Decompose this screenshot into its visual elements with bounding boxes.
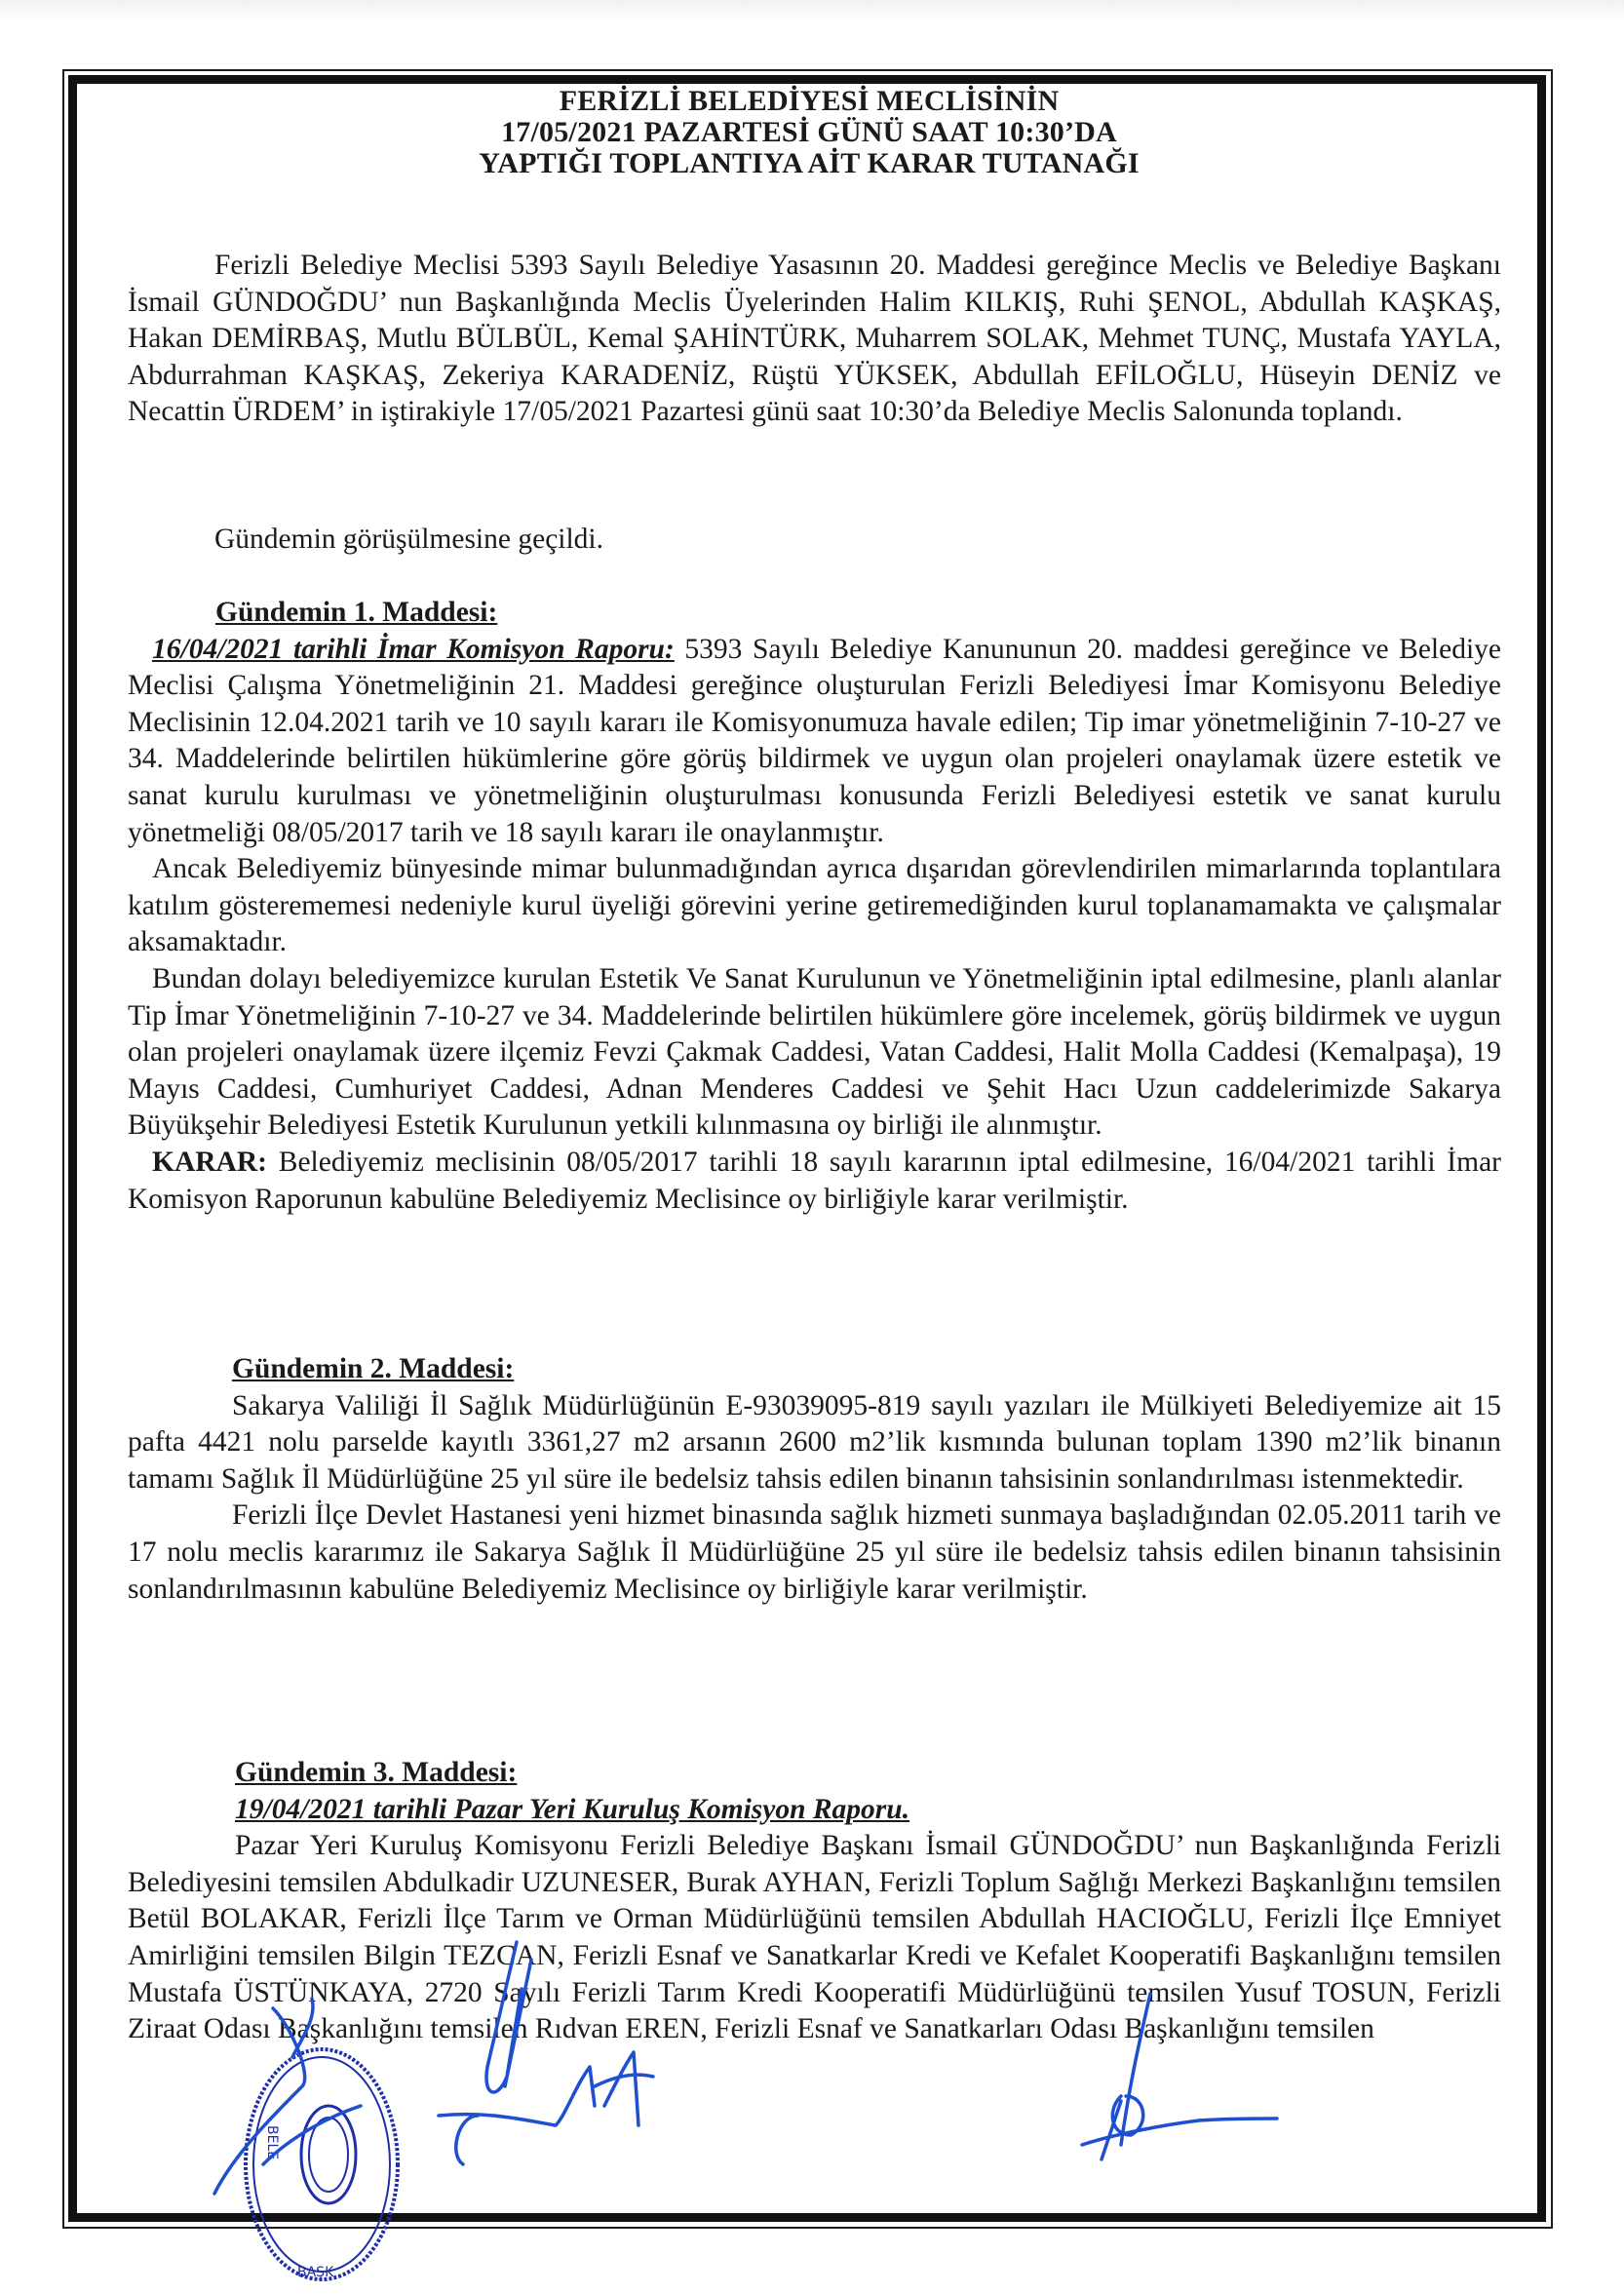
item-3-heading: Gündemin 3. Maddesi: <box>235 1755 517 1792</box>
item-1-subheading: 16/04/2021 tarihli İmar Komisyon Raporu: <box>152 634 675 665</box>
intro-paragraph: Ferizli Belediye Meclisi 5393 Sayılı Bel… <box>128 248 1501 431</box>
item-1-decision: KARAR: Belediyemiz meclisinin 08/05/2017… <box>128 1145 1501 1218</box>
title-line-3: YAPTIĞI TOPLANTIYA AİT KARAR TUTANAĞI <box>117 148 1501 179</box>
agenda-start-section: Gündemin görüşülmesine geçildi. <box>128 522 1501 559</box>
agenda-item-2: Gündemin 2. Maddesi: Sakarya Valiliği İl… <box>128 1351 1501 1608</box>
svg-text:BAŞK: BAŞK <box>297 2265 334 2280</box>
item-1-paragraph-2: Ancak Belediyemiz bünyesinde mimar bulun… <box>128 851 1501 961</box>
item-2-paragraph-1: Sakarya Valiliği İl Sağlık Müdürlüğünün … <box>128 1388 1501 1498</box>
scan-edge <box>0 0 1624 21</box>
decision-text: Belediyemiz meclisinin 08/05/2017 tarihl… <box>128 1147 1501 1215</box>
agenda-start-text: Gündemin görüşülmesine geçildi. <box>128 522 1501 559</box>
item-2-paragraph-2: Ferizli İlçe Devlet Hastanesi yeni hizme… <box>128 1497 1501 1608</box>
item-2-heading: Gündemin 2. Maddesi: <box>232 1351 514 1388</box>
intro-section: Ferizli Belediye Meclisi 5393 Sayılı Bel… <box>128 248 1501 431</box>
title-line-2: 17/05/2021 PAZARTESİ GÜNÜ SAAT 10:30’DA <box>117 117 1501 148</box>
decision-label: KARAR: <box>152 1147 267 1178</box>
item-1-paragraph-1-text: 5393 Sayılı Belediye Kanununun 20. madde… <box>128 634 1501 848</box>
item-1-paragraph-1: 16/04/2021 tarihli İmar Komisyon Raporu:… <box>128 632 1501 852</box>
title-line-1: FERİZLİ BELEDİYESİ MECLİSİNİN <box>117 86 1501 117</box>
item-3-subheading: 19/04/2021 tarihli Pazar Yeri Kuruluş Ko… <box>235 1794 909 1825</box>
document-title: FERİZLİ BELEDİYESİ MECLİSİNİN 17/05/2021… <box>117 86 1501 179</box>
signatures <box>146 1940 1462 2233</box>
agenda-item-1: Gündemin 1. Maddesi: 16/04/2021 tarihli … <box>128 595 1501 1218</box>
item-1-heading: Gündemin 1. Maddesi: <box>215 595 497 632</box>
item-1-paragraph-3: Bundan dolayı belediyemizce kurulan Este… <box>128 961 1501 1145</box>
